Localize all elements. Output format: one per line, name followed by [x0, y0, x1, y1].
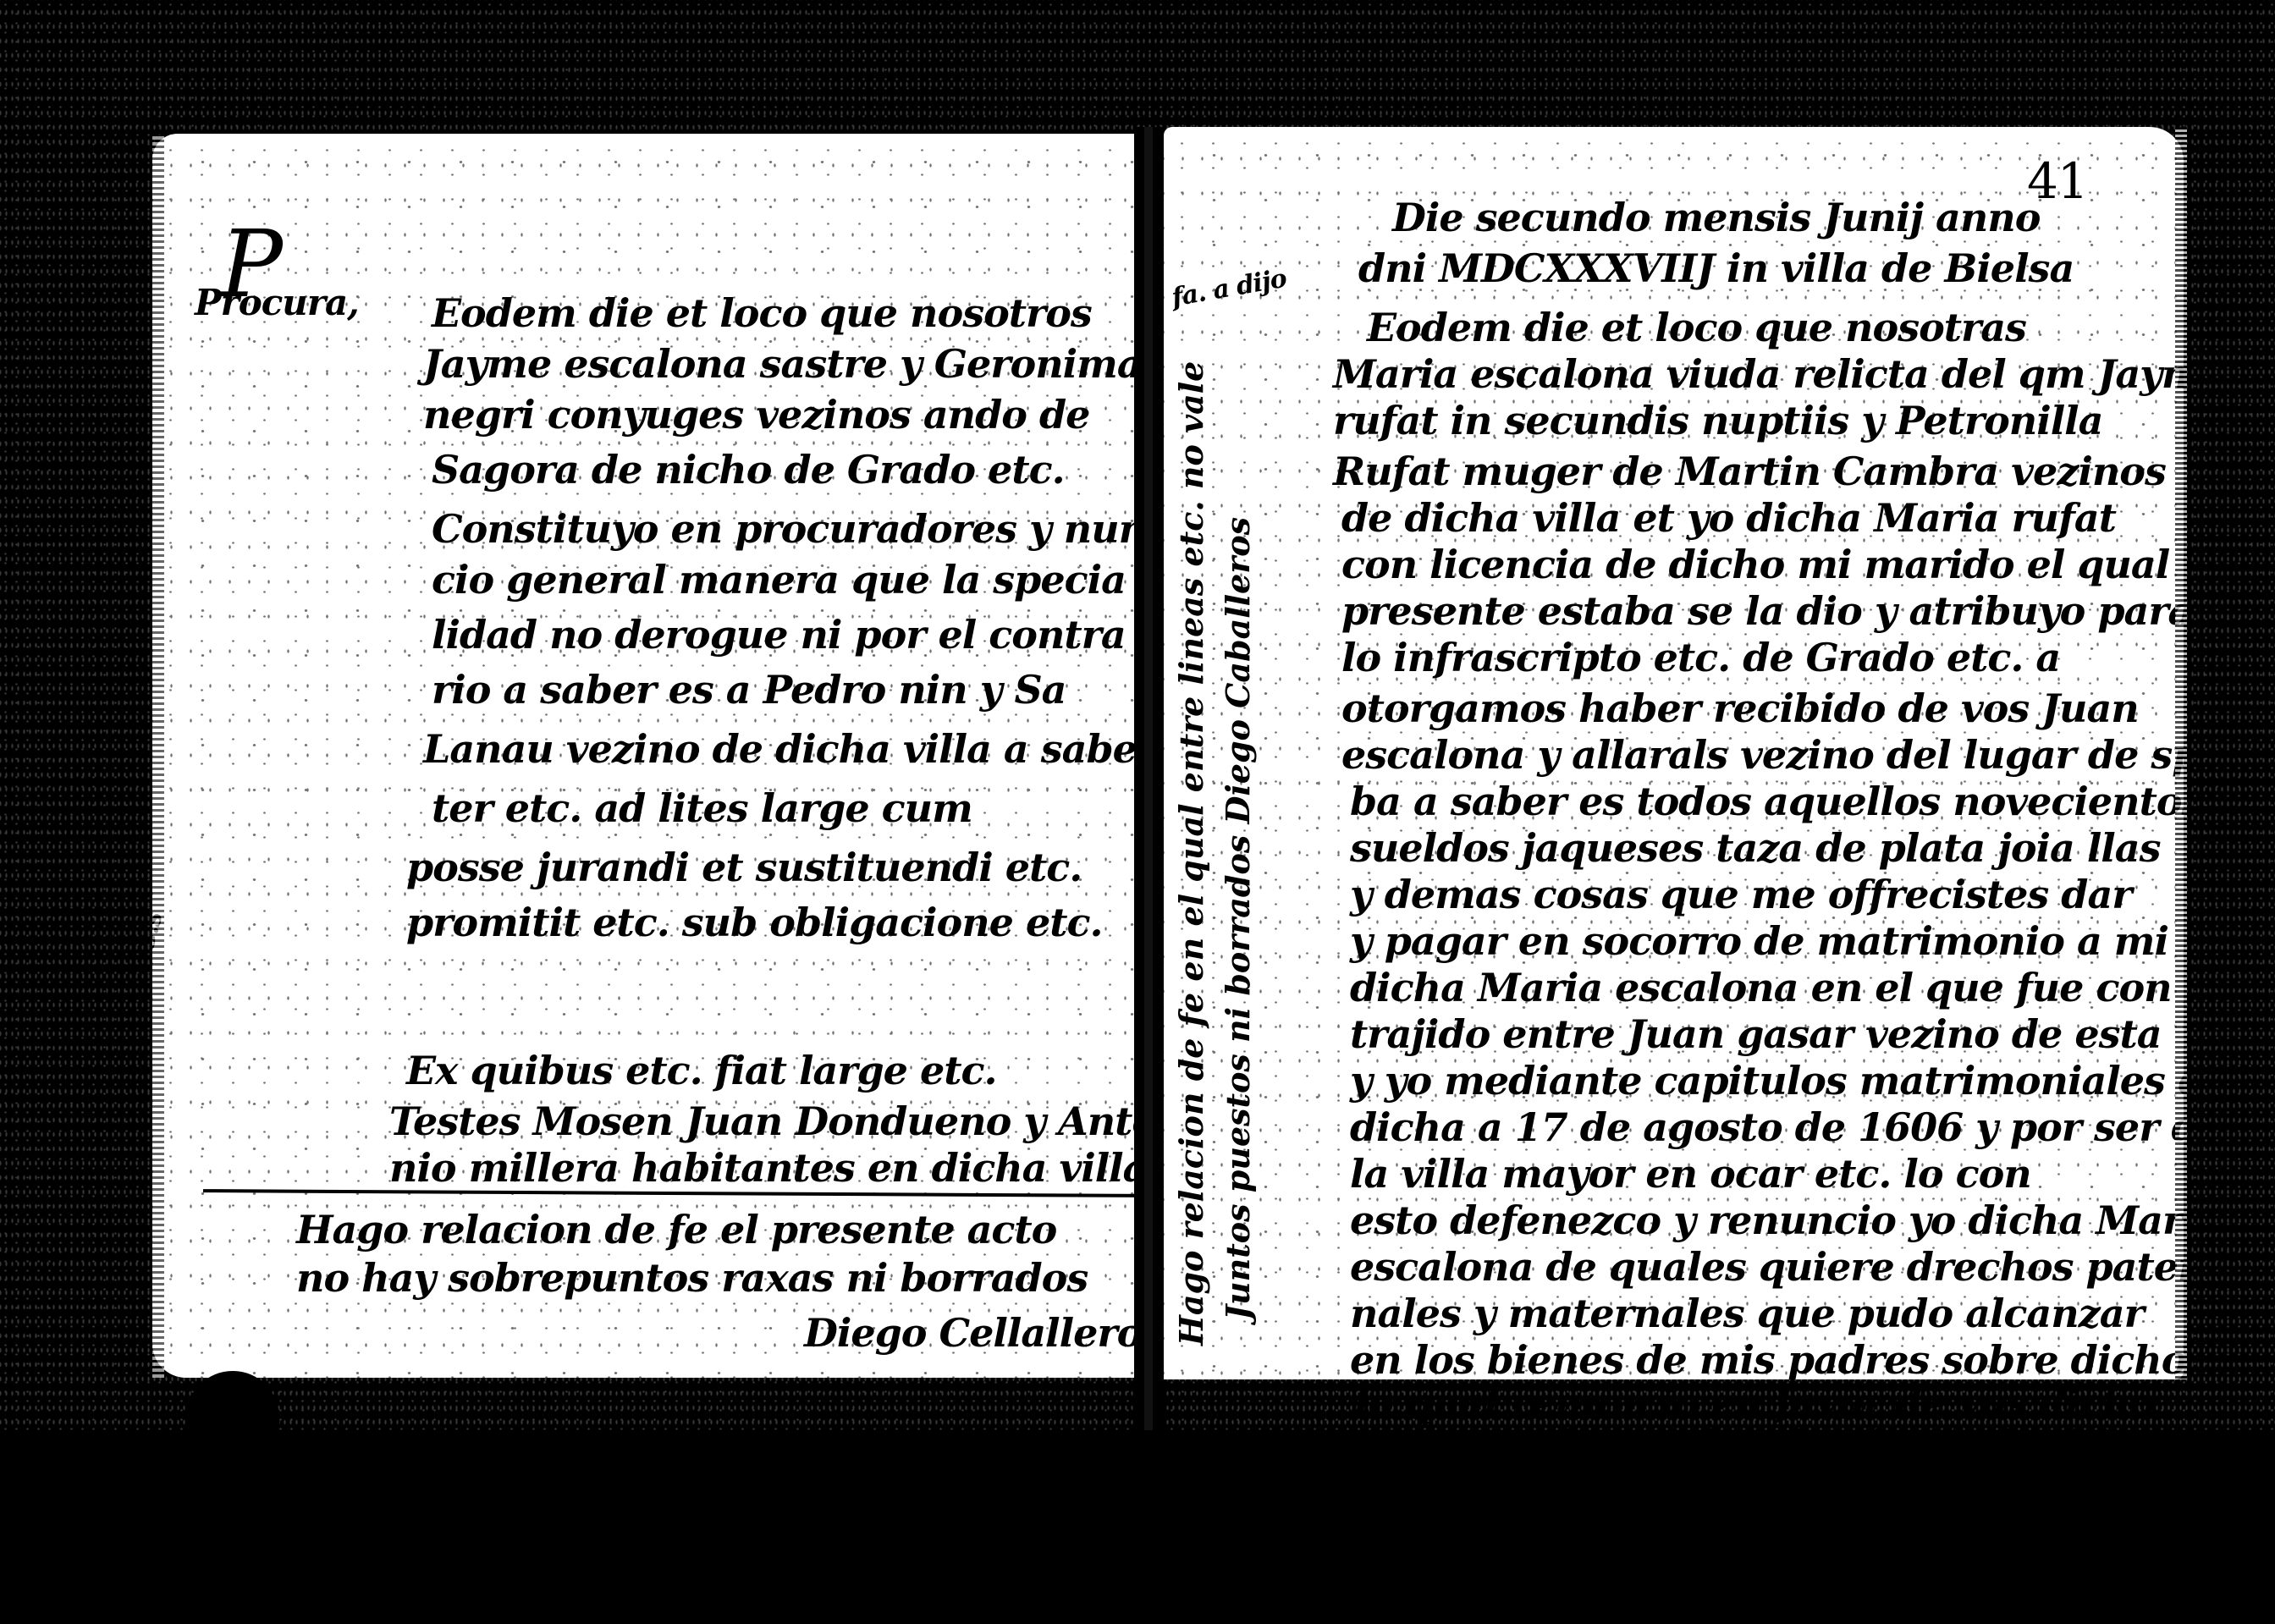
body-line: y demas cosas que me offrecistes dar: [1350, 872, 2132, 917]
right-page: 41 fa. a dijo Die secundo mensis Junij a…: [1164, 127, 2184, 1379]
margin-label-procura: Procura,: [195, 282, 359, 323]
body-line: rio a saber es a Pedro nin y Sa: [432, 667, 1066, 713]
body-line: negri conyuges vezinos ando de: [423, 392, 1089, 438]
gutter-fold-line: [1144, 127, 1153, 1447]
scan-bottom-shadow: [0, 1430, 2275, 1624]
heading-line: Die secundo mensis Junij anno: [1392, 195, 2040, 240]
body-line: cio general manera que la specia: [432, 557, 1126, 603]
body-line: esto defenezco y renuncio yo dicha Maria: [1350, 1197, 2184, 1243]
body-line: Rufat muger de Martin Cambra vezinos: [1333, 449, 2166, 494]
left-page: P Procura, G.s Eodem die et loco que nos…: [152, 134, 1143, 1378]
witness-line: Testes Mosen Juan Dondueno y Anto: [389, 1098, 1143, 1144]
body-line: en los bienes de mis padres sobre dicho: [1350, 1337, 2184, 1379]
body-line: lidad no derogue ni por el contra: [432, 612, 1126, 658]
body-line: dicha Maria escalona en el que fue con: [1350, 965, 2172, 1010]
body-line: promitit etc. sub obligacione etc.: [406, 900, 1102, 945]
body-line: y yo mediante capitulos matrimoniales en: [1350, 1058, 2184, 1104]
body-line: la villa mayor en ocar etc. lo con: [1350, 1151, 2031, 1197]
note-line: Hago relacion de fe el presente acto: [296, 1207, 1056, 1252]
body-line: nales y maternales que pudo alcanzar: [1350, 1291, 2144, 1336]
note-line: no hay sobrepuntos raxas ni borrados: [296, 1255, 1088, 1301]
body-line: de dicha villa et yo dicha Maria rufat: [1341, 495, 2116, 541]
body-line: otorgamos haber recibido de vos Juan: [1341, 685, 2139, 731]
body-line: lo infrascripto etc. de Grado etc. a: [1341, 635, 2060, 680]
body-line: ba a saber es todos aquellos novecientos: [1350, 779, 2184, 824]
body-line: trajido entre Juan gasar vezino de esta: [1350, 1011, 2162, 1057]
gutter-note-top-mark: fa. a dijo: [1170, 264, 1288, 313]
body-line: Eodem die et loco que nosotras: [1367, 305, 2026, 350]
body-line: escalona y allarals vezino del lugar de …: [1341, 732, 2184, 778]
body-line: con licencia de dicho mi marido el qual …: [1341, 542, 2184, 587]
body-line: lo qual renuncio en favor de vos dicho: [1354, 1379, 2155, 1425]
body-line: sueldos jaqueses taza de plata joia llas: [1350, 825, 2160, 871]
witness-line: Ex quibus etc. fiat large etc.: [406, 1048, 997, 1093]
thumb-shadow: [186, 1371, 279, 1624]
body-line: Eodem die et loco que nosotros: [432, 290, 1092, 336]
body-line: Maria escalona viuda relicta del qm Jaym…: [1333, 351, 2184, 397]
body-line: dicha a 17 de agosto de 1606 y por ser d…: [1350, 1104, 2184, 1150]
body-line: posse jurandi et sustituendi etc.: [406, 845, 1082, 890]
witness-line: nio millera habitantes en dicha villa: [389, 1145, 1143, 1191]
body-line: presente estaba se la dio y atribuyo par…: [1341, 588, 2184, 634]
body-line: escalona de quales quiere drechos pater: [1350, 1244, 2184, 1290]
body-line: Jayme escalona sastre y Geronima: [423, 341, 1142, 387]
body-line: Lanau vezino de dicha villa a saber: [423, 726, 1143, 772]
body-line: rufat in secundis nuptiis y Petronilla: [1333, 398, 2102, 443]
notary-signature: Diego Cellalleros: [804, 1310, 1143, 1356]
body-line: Constituyo en procuradores y nun: [432, 506, 1143, 552]
body-line: Sagora de nicho de Grado etc.: [432, 447, 1065, 493]
gutter-vertical-note-line-2: Juntos puestos ni borrados Diego Caballe…: [1219, 517, 1257, 1320]
gutter-vertical-note-line-1: Hago relacion de fe en el qual entre lin…: [1172, 361, 1210, 1346]
right-page-edge: [2175, 127, 2187, 1379]
body-line: ter etc. ad lites large cum: [432, 785, 972, 831]
heading-line: dni MDCXXXVIIJ in villa de Bielsa: [1358, 245, 2074, 291]
body-line: y pagar en socorro de matrimonio a mi: [1350, 918, 2168, 964]
left-page-edge: [152, 134, 164, 1378]
